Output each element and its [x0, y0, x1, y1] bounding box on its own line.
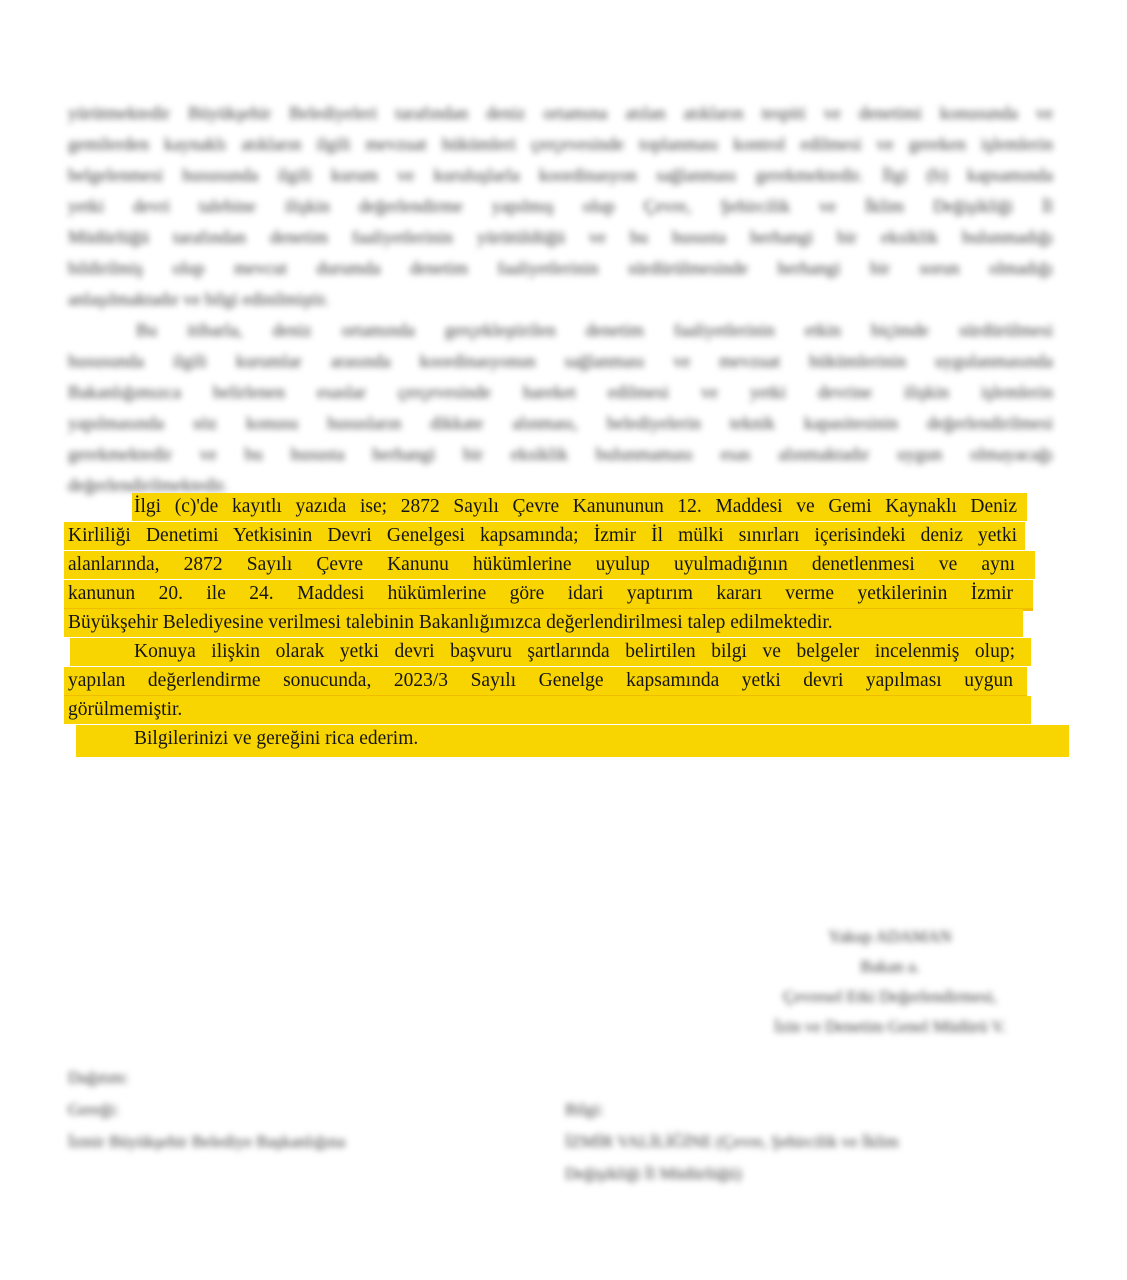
- gereği-label: Gereği:: [68, 1094, 345, 1126]
- bilgi-item: Değişikliği İl Müdürlüğü): [565, 1158, 899, 1190]
- blurred-line: hususunda ilgili kurumlar arasında koord…: [68, 346, 1053, 377]
- blurred-line: gemilerden kaynaklı atıkların ilgili mev…: [68, 129, 1053, 160]
- highlighted-line: alanlarında, 2872 Sayılı Çevre Kanunu hü…: [60, 550, 1075, 579]
- paragraph-text: Büyükşehir Belediyesine verilmesi talebi…: [68, 608, 1075, 637]
- bilgi-label: Bilgi:: [565, 1094, 899, 1126]
- paragraph-text: Bilgilerinizi ve gereğini rica ederim.: [134, 724, 1075, 753]
- paragraph-text: yapılan değerlendirme sonucunda, 2023/3 …: [68, 666, 1013, 695]
- highlighted-line: yapılan değerlendirme sonucunda, 2023/3 …: [60, 666, 1075, 695]
- highlighted-line: kanunun 20. ile 24. Maddesi hükümlerine …: [60, 579, 1075, 608]
- paragraph-text: İlgi (c)'de kayıtlı yazıda ise; 2872 Say…: [134, 492, 1017, 521]
- distribution-title: Dağıtım:: [68, 1062, 345, 1094]
- distribution-block: Dağıtım: Gereği: İzmir Büyükşehir Beledi…: [68, 1062, 345, 1158]
- blurred-line: gerekmektedir ve bu hususta herhangi bir…: [68, 439, 1053, 470]
- info-block: Bilgi: İZMİR VALİLİĞİNE (Çevre, Şehircil…: [565, 1094, 899, 1190]
- blurred-line: anlaşılmaktadır ve bilgi edinilmiştir.: [68, 284, 1053, 315]
- gereği-item: İzmir Büyükşehir Belediye Başkanlığına: [68, 1126, 345, 1158]
- highlighted-line: Bilgilerinizi ve gereğini rica ederim.: [60, 724, 1075, 753]
- paragraph-text: alanlarında, 2872 Sayılı Çevre Kanunu hü…: [68, 550, 1015, 579]
- signer-title: İzin ve Denetim Genel Müdürü V.: [720, 1012, 1060, 1042]
- blurred-line: Bu itibarla, deniz ortamında gerçekleşti…: [68, 315, 1053, 346]
- highlighted-section: İlgi (c)'de kayıtlı yazıda ise; 2872 Say…: [60, 492, 1075, 753]
- highlighted-line: Konuya ilişkin olarak yetki devri başvur…: [60, 637, 1075, 666]
- highlighted-line: görülmemiştir.: [60, 695, 1075, 724]
- signer-name: Yakup ADAMAN: [720, 922, 1060, 952]
- blurred-line: Müdürlüğü tarafından denetim faaliyetler…: [68, 222, 1053, 253]
- highlighted-line: Büyükşehir Belediyesine verilmesi talebi…: [60, 608, 1075, 637]
- signer-role: Bakan a.: [720, 952, 1060, 982]
- blurred-top-text: yürütmektedir Büyükşehir Belediyeleri ta…: [68, 98, 1053, 501]
- paragraph-text: kanunun 20. ile 24. Maddesi hükümlerine …: [68, 579, 1013, 608]
- highlighted-line: Kirliliği Denetimi Yetkisinin Devri Gene…: [60, 521, 1075, 550]
- blurred-line: yürütmektedir Büyükşehir Belediyeleri ta…: [68, 98, 1053, 129]
- paragraph-text: Kirliliği Denetimi Yetkisinin Devri Gene…: [68, 521, 1017, 550]
- paragraph-text: Konuya ilişkin olarak yetki devri başvur…: [134, 637, 1015, 666]
- highlighted-line: İlgi (c)'de kayıtlı yazıda ise; 2872 Say…: [60, 492, 1075, 521]
- signer-title: Çevresel Etki Değerlendirmesi,: [720, 982, 1060, 1012]
- bilgi-item: İZMİR VALİLİĞİNE (Çevre, Şehircilik ve İ…: [565, 1126, 899, 1158]
- blurred-line: Bakanlığımızca belirlenen esaslar çerçev…: [68, 377, 1053, 408]
- blurred-line: bildirilmiş olup mevcut durumda denetim …: [68, 253, 1053, 284]
- blurred-line: yetki devri talebine ilişkin değerlendir…: [68, 191, 1053, 222]
- blurred-line: yapılmasında söz konusu hususların dikka…: [68, 408, 1053, 439]
- signature-block: Yakup ADAMAN Bakan a. Çevresel Etki Değe…: [720, 922, 1060, 1042]
- paragraph-text: görülmemiştir.: [68, 695, 1075, 724]
- blurred-line: belgelenmesi hususunda ilgili kurum ve k…: [68, 160, 1053, 191]
